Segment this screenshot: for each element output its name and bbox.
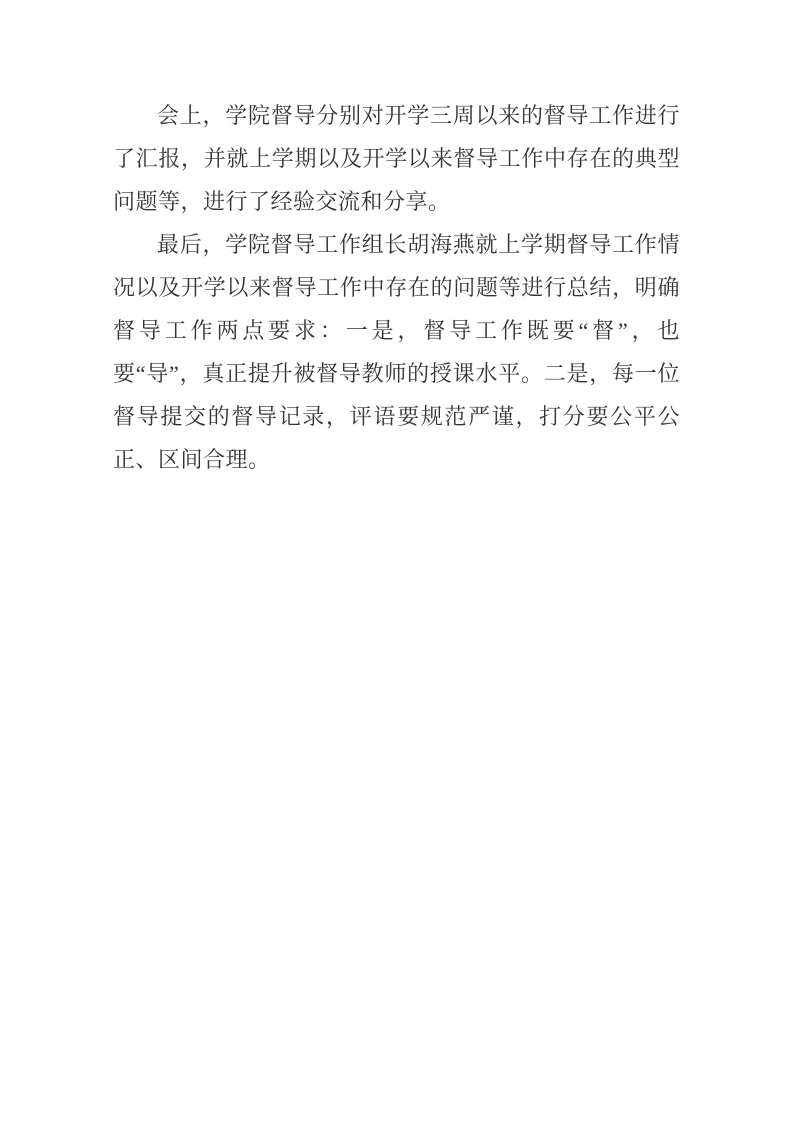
paragraph: 会上，学院督导分别对开学三周以来的督导工作进行了汇报，并就上学期以及开学以来督导… xyxy=(113,94,680,223)
document-body: 会上，学院督导分别对开学三周以来的督导工作进行了汇报，并就上学期以及开学以来督导… xyxy=(113,94,680,481)
document-page: 会上，学院督导分别对开学三周以来的督导工作进行了汇报，并就上学期以及开学以来督导… xyxy=(0,0,793,1122)
paragraph: 最后，学院督导工作组长胡海燕就上学期督导工作情况以及开学以来督导工作中存在的问题… xyxy=(113,223,680,481)
